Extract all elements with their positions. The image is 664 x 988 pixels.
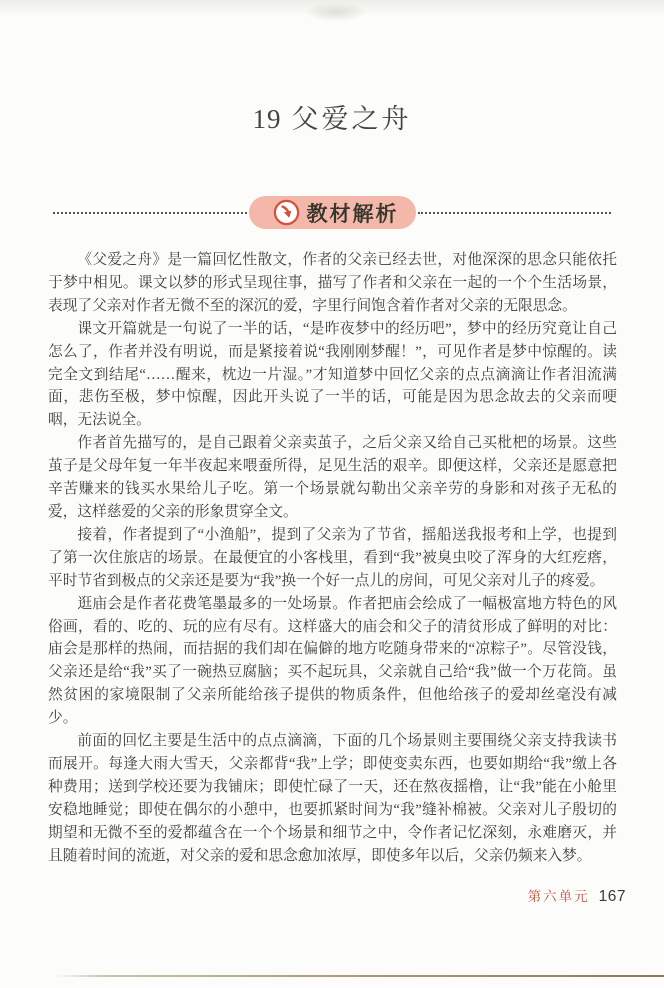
analysis-paragraph: 作者首先描写的，是自己跟着父亲卖茧子，之后父亲又给自己买枇杷的场景。这些茧子是父… — [48, 432, 617, 524]
scan-bottom-edge-artifact — [55, 975, 664, 977]
analysis-text: 《父爱之舟》是一篇回忆性散文，作者的父亲已经去世，对他深深的思念只能依托于梦中相… — [48, 249, 617, 867]
textbook-page: 19父爱之舟 教材解析 《父爱之舟》是一篇回忆性散文，作者的父亲已经去世，对他深… — [0, 0, 664, 988]
section-divider: 教材解析 — [0, 196, 664, 229]
divider-line-left — [53, 212, 247, 214]
unit-label: 第六单元 — [528, 885, 590, 905]
lesson-number: 19 — [253, 104, 282, 134]
section-badge: 教材解析 — [249, 196, 416, 229]
circled-down-arrow-icon — [273, 199, 300, 226]
divider-line-right — [418, 212, 612, 214]
page-footer: 第六单元 167 — [528, 885, 626, 906]
analysis-paragraph: 课文开篇就是一句说了一半的话，“是昨夜梦中的经历吧”，梦中的经历究竟让自己怎么了… — [48, 318, 617, 433]
section-badge-label: 教材解析 — [307, 198, 399, 228]
analysis-paragraph: 接着，作者提到了“小渔船”，提到了父亲为了节省，摇船送我报考和上学，也提到了第一… — [48, 524, 617, 593]
page-number: 167 — [599, 888, 626, 906]
lesson-name: 父爱之舟 — [292, 104, 412, 134]
analysis-paragraph: 《父爱之舟》是一篇回忆性散文，作者的父亲已经去世，对他深深的思念只能依托于梦中相… — [48, 249, 617, 318]
page-title: 19父爱之舟 — [0, 0, 664, 137]
analysis-paragraph: 逛庙会是作者花费笔墨最多的一处场景。作者把庙会绘成了一幅极富地方特色的风俗画，看… — [48, 593, 617, 730]
analysis-paragraph: 前面的回忆主要是生活中的点点滴滴，下面的几个场景则主要围绕父亲支持我读书而展开。… — [48, 730, 617, 867]
